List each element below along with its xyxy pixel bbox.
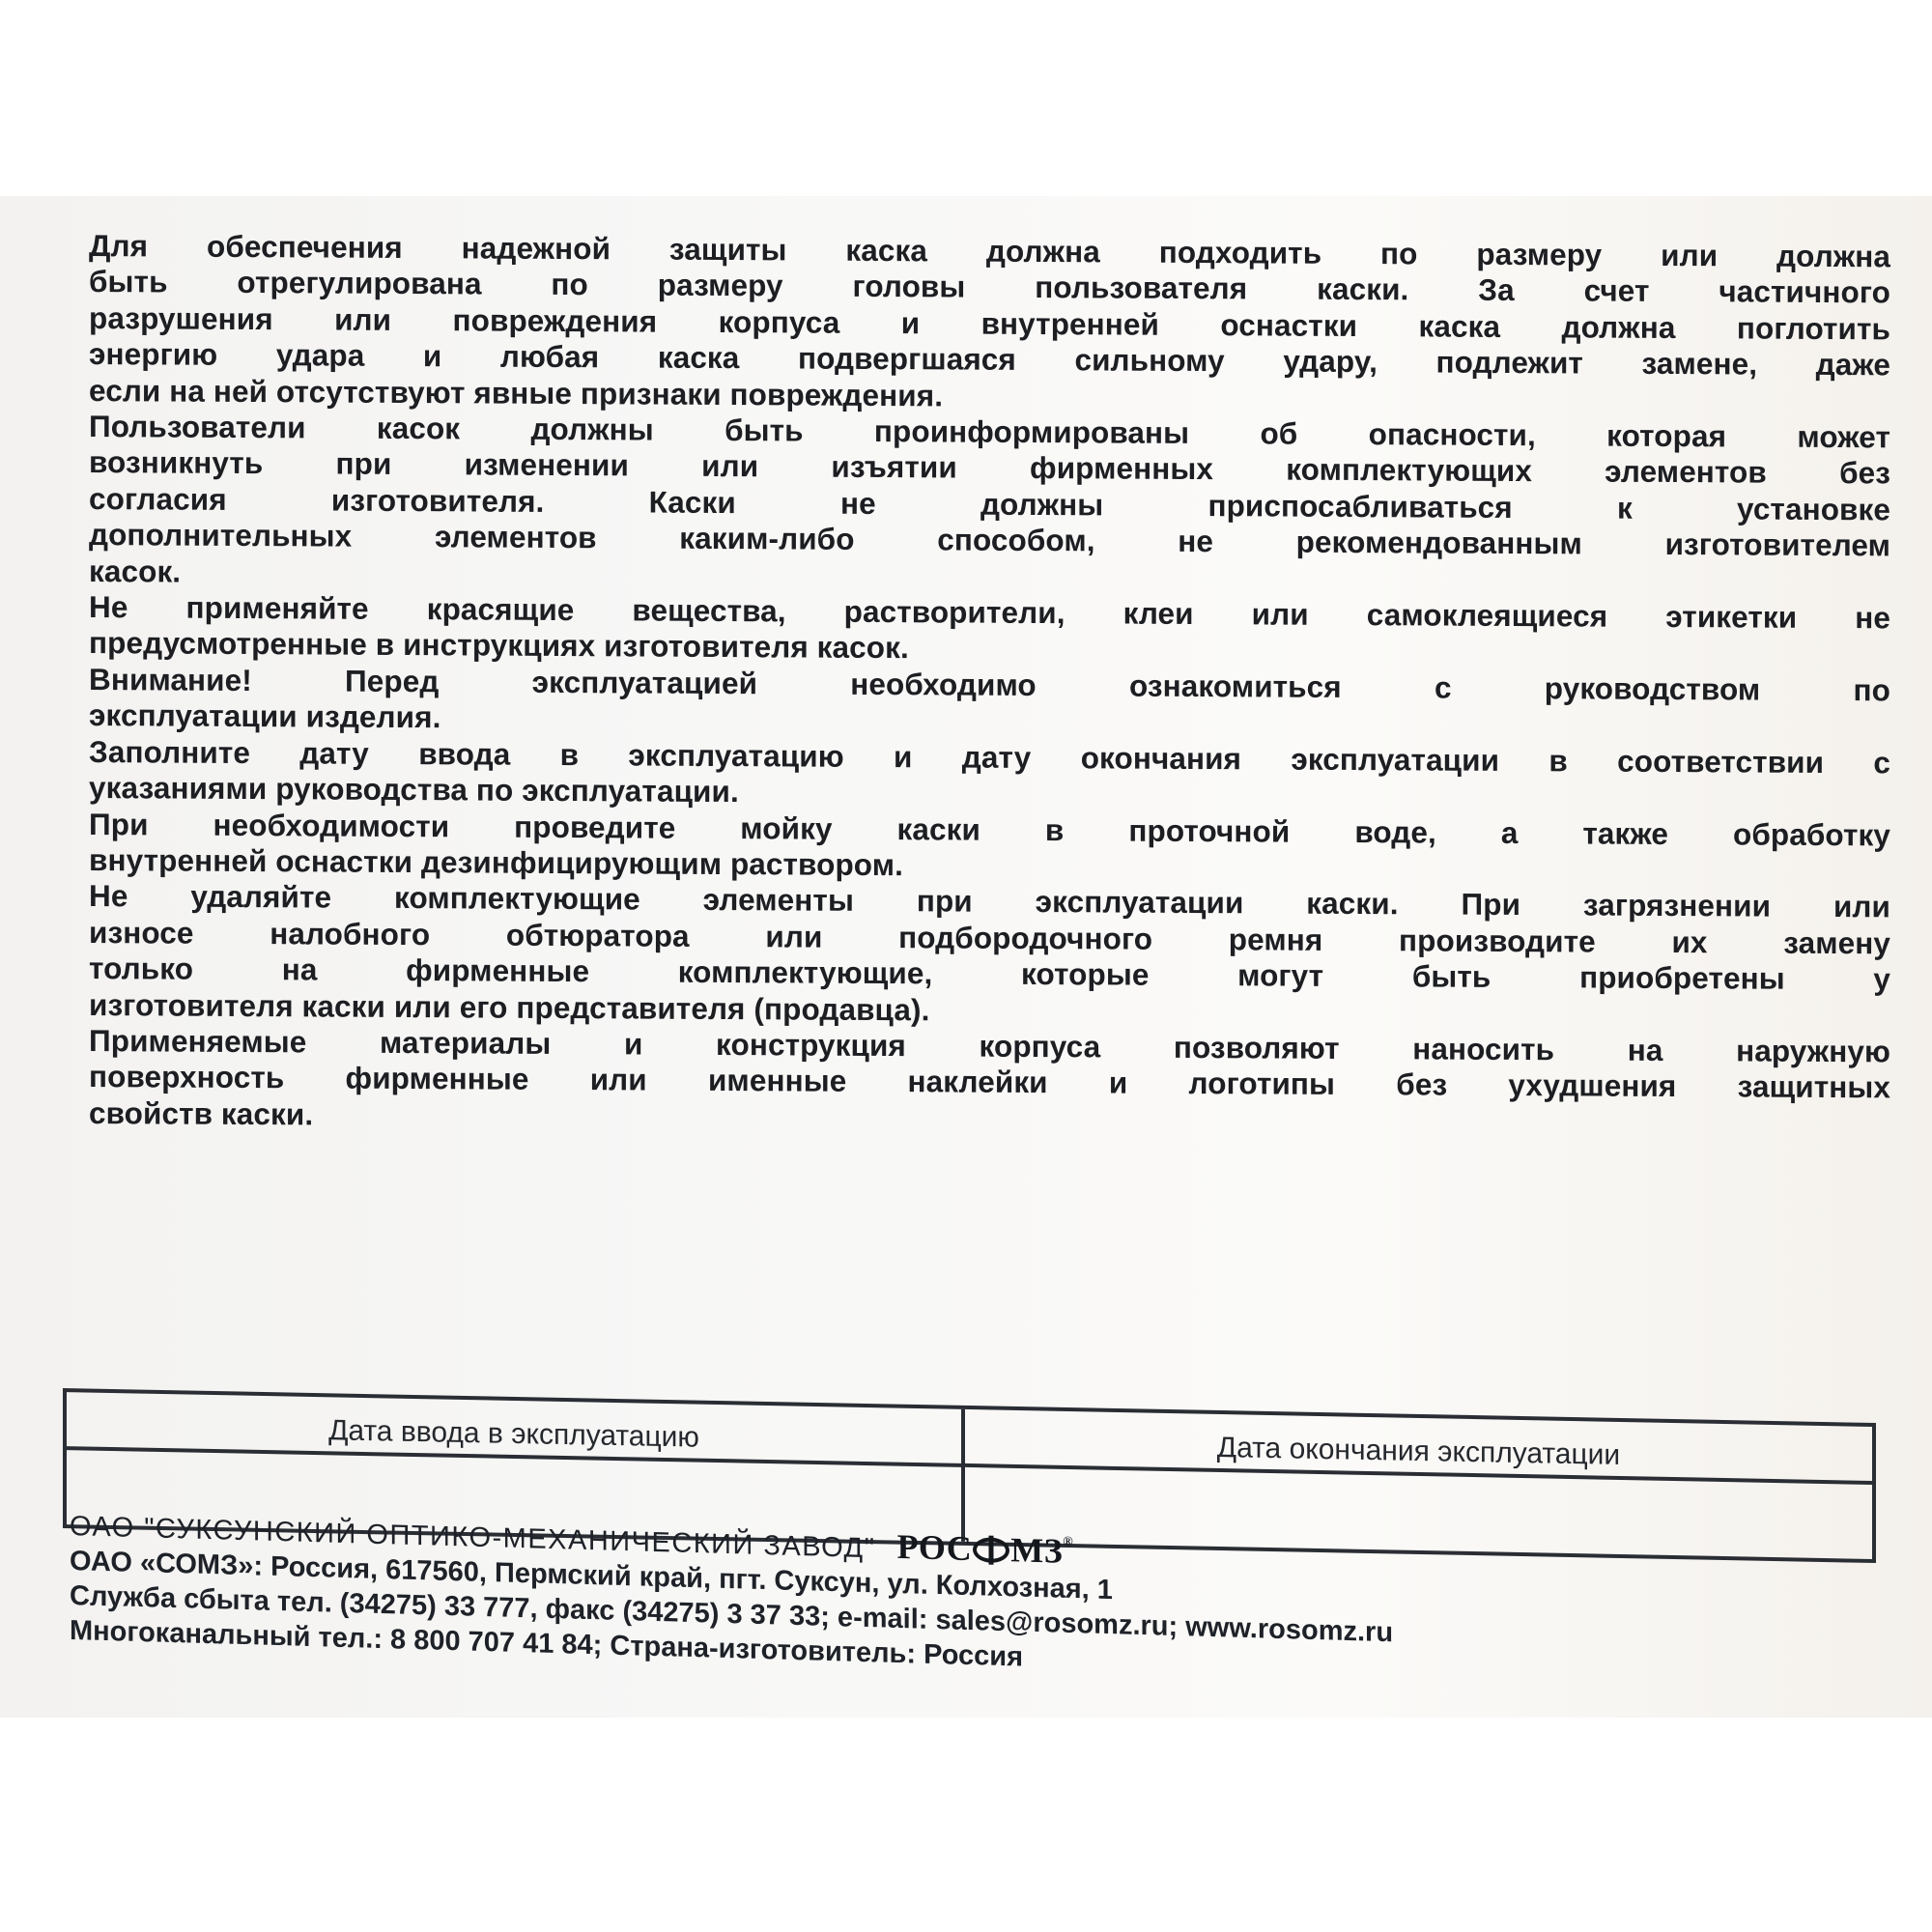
paragraph-modification-warning: Пользователи касок должны быть проинформ… — [89, 409, 1895, 600]
paragraph-stickers: Применяемые материалы и конструкция корп… — [89, 1023, 1895, 1143]
paragraph-chemicals-warning: Не применяйте красящие вещества, раствор… — [89, 589, 1895, 672]
eye-icon — [973, 1537, 1009, 1563]
logo-text-prefix: РОС — [897, 1527, 973, 1568]
registered-mark-icon: ® — [1063, 1535, 1073, 1549]
paragraph-fit-and-impact: Для обеспечения надежной защиты каска до… — [89, 228, 1895, 419]
paragraph-cleaning: При необходимости проведите мойку каски … — [89, 807, 1895, 890]
paragraph-fill-dates: Заполните дату ввода в эксплуатацию и да… — [89, 734, 1895, 817]
rosomz-logo: РОСМЗ® — [897, 1527, 1074, 1571]
paragraph-replacement-parts: Не удаляйте комплектующие элементы при э… — [89, 878, 1895, 1034]
paragraph-attention: Внимание! Перед эксплуатацией необходимо… — [89, 662, 1895, 745]
logo-text-suffix: МЗ — [1010, 1530, 1063, 1571]
instructions-text: Для обеспечения надежной защиты каска до… — [89, 228, 1895, 1143]
